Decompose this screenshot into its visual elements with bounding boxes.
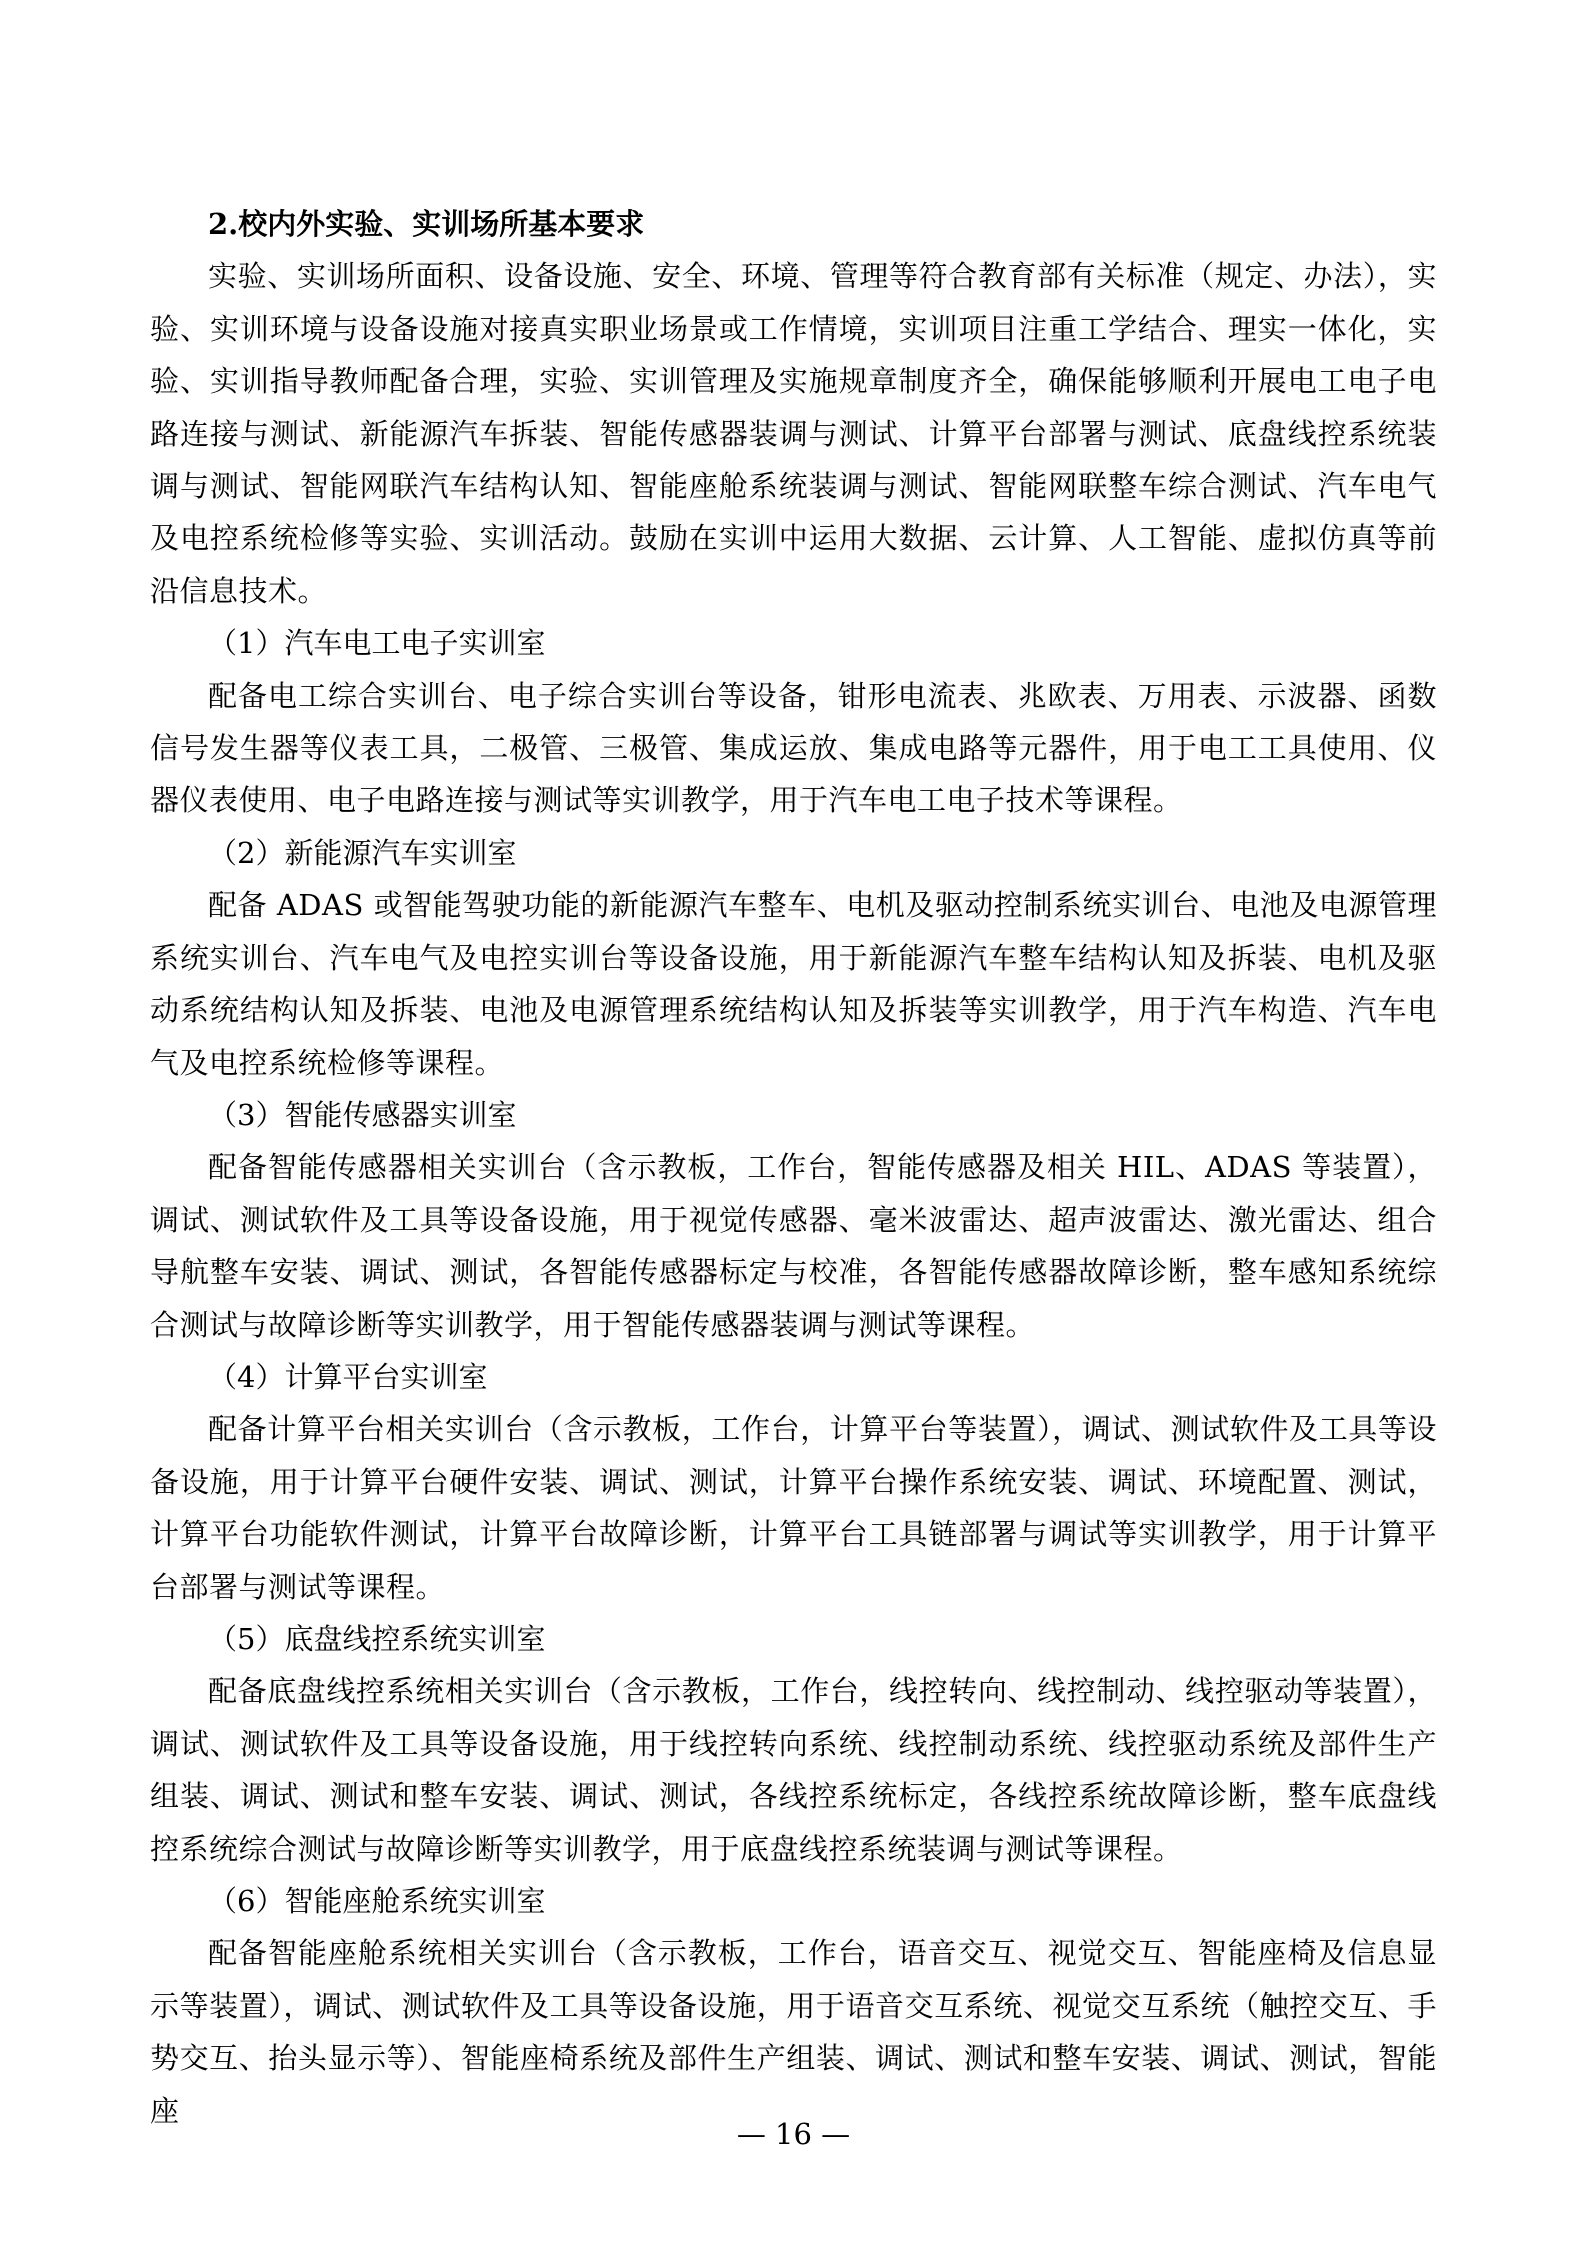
subsection-body-5: 配备底盘线控系统相关实训台（含示教板，工作台，线控转向、线控制动、线控驱动等装置…	[150, 1665, 1437, 1875]
section-heading: 2.校内外实验、实训场所基本要求	[150, 198, 1437, 250]
page-number: — 16 —	[0, 2108, 1587, 2160]
subsection-body-3: 配备智能传感器相关实训台（含示教板，工作台，智能传感器及相关 HIL、ADAS …	[150, 1141, 1437, 1351]
subsection-title-2: （2）新能源汽车实训室	[150, 827, 1437, 879]
subsection-title-5: （5）底盘线控系统实训室	[150, 1613, 1437, 1665]
document-content: 2.校内外实验、实训场所基本要求 实验、实训场所面积、设备设施、安全、环境、管理…	[150, 198, 1437, 2137]
subsection-body-4: 配备计算平台相关实训台（含示教板，工作台，计算平台等装置），调试、测试软件及工具…	[150, 1403, 1437, 1613]
subsection-body-2: 配备 ADAS 或智能驾驶功能的新能源汽车整车、电机及驱动控制系统实训台、电池及…	[150, 879, 1437, 1089]
subsection-body-6: 配备智能座舱系统相关实训台（含示教板，工作台，语音交互、视觉交互、智能座椅及信息…	[150, 1927, 1437, 2137]
subsection-title-6: （6）智能座舱系统实训室	[150, 1875, 1437, 1927]
document-page: 2.校内外实验、实训场所基本要求 实验、实训场所面积、设备设施、安全、环境、管理…	[0, 0, 1587, 2245]
subsection-title-4: （4）计算平台实训室	[150, 1351, 1437, 1403]
subsection-title-3: （3）智能传感器实训室	[150, 1089, 1437, 1141]
subsection-title-1: （1）汽车电工电子实训室	[150, 617, 1437, 669]
intro-paragraph: 实验、实训场所面积、设备设施、安全、环境、管理等符合教育部有关标准（规定、办法）…	[150, 250, 1437, 617]
subsection-body-1: 配备电工综合实训台、电子综合实训台等设备，钳形电流表、兆欧表、万用表、示波器、函…	[150, 670, 1437, 827]
